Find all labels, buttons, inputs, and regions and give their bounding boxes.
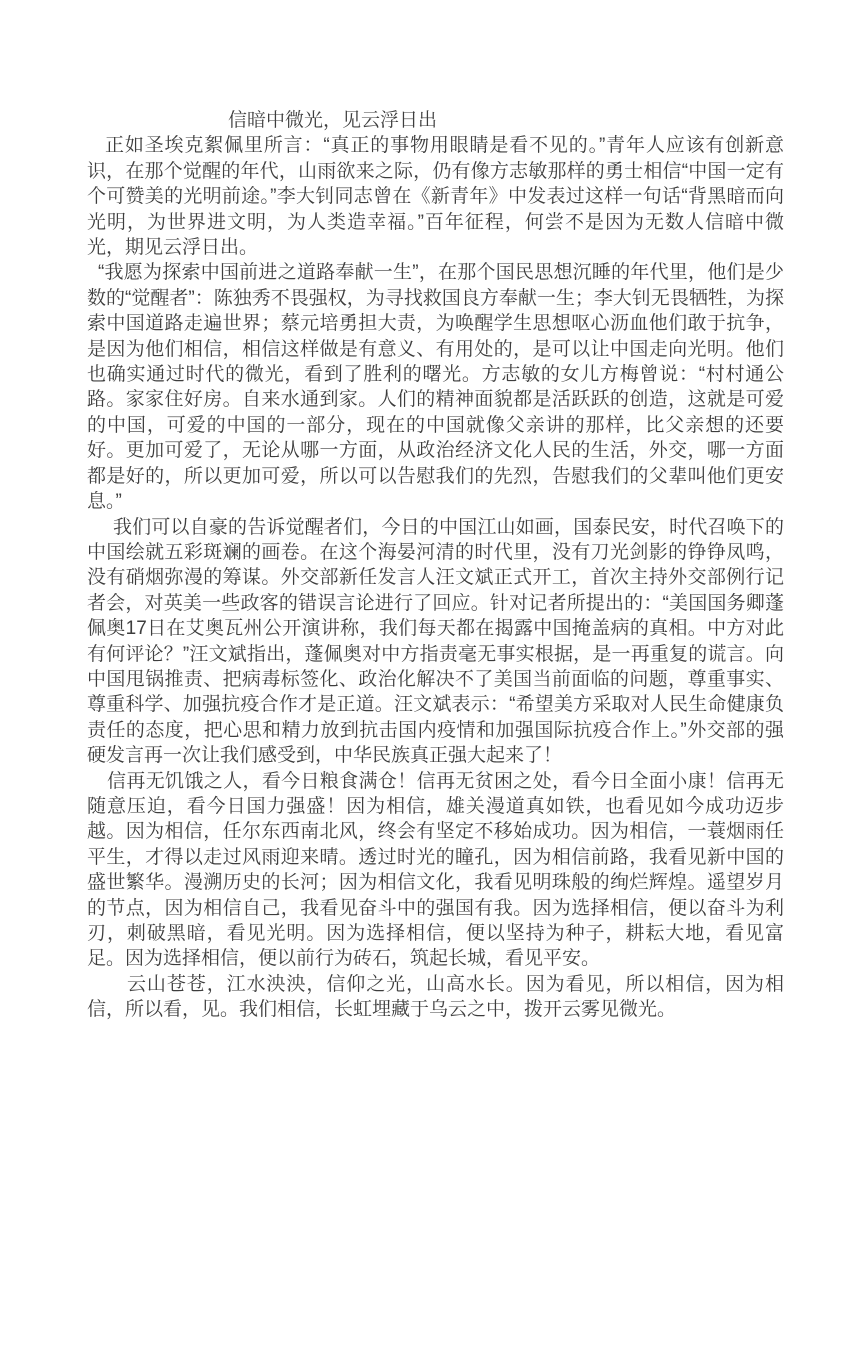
document-body: 信暗中微光，见云浮日出 正如圣埃克絮佩里所言：“真正的事物用眼睛是看不见的。”青… (87, 108, 784, 1023)
essay-paragraph-5: 云山苍苍，江水泱泱，信仰之光，山高水长。因为看见，所以相信，因为相信，所以看，见… (87, 972, 784, 1023)
essay-paragraph-4: 信再无饥饿之人，看今日粮食满仓！信再无贫困之处，看今日全面小康！信再无随意压迫，… (87, 769, 784, 972)
document-page: 信暗中微光，见云浮日出 正如圣埃克絮佩里所言：“真正的事物用眼睛是看不见的。”青… (0, 0, 848, 1360)
essay-paragraph-3: 我们可以自豪的告诉觉醒者们，今日的中国江山如画，国泰民安，时代召唤下的中国绘就五… (87, 515, 784, 769)
essay-paragraph-1: 正如圣埃克絮佩里所言：“真正的事物用眼睛是看不见的。”青年人应该有创新意识，在那… (87, 133, 784, 260)
essay-title: 信暗中微光，见云浮日出 (87, 108, 784, 133)
essay-paragraph-2: “我愿为探索中国前进之道路奉献一生”，在那个国民思想沉睡的年代里，他们是少数的“… (87, 260, 784, 514)
